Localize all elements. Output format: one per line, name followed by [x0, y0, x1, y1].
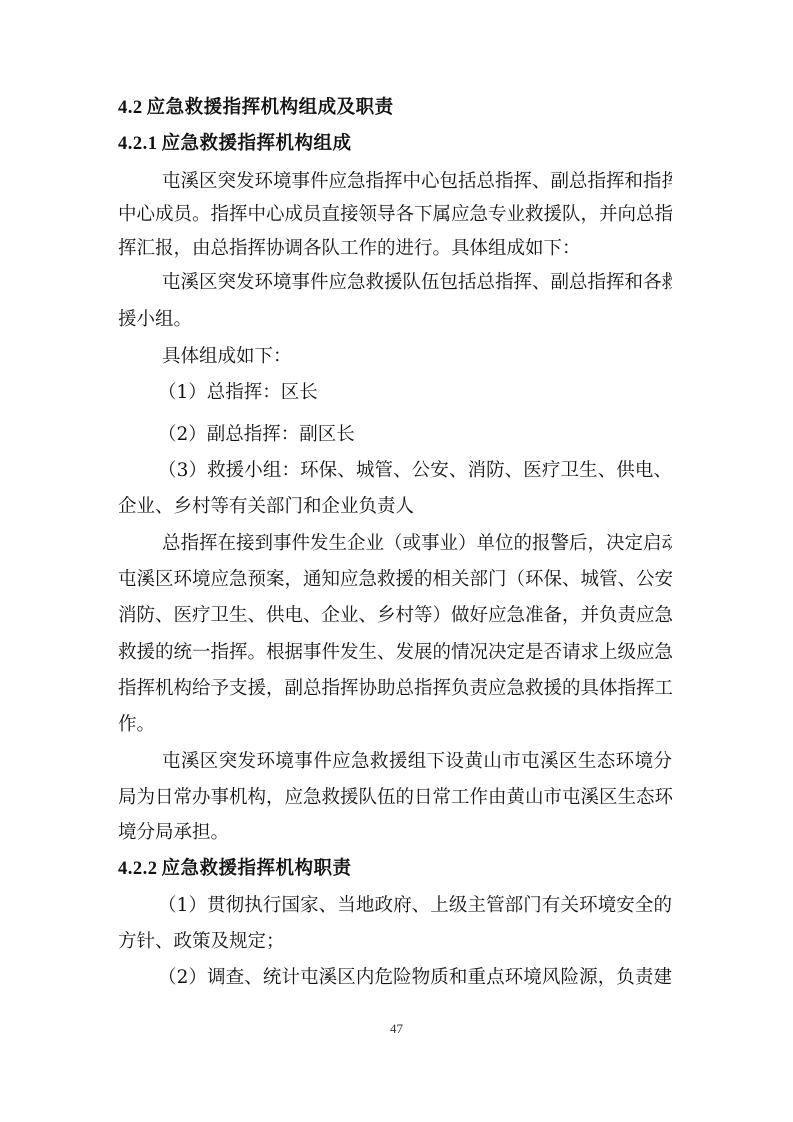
paragraph-line: 援小组。	[118, 305, 672, 335]
list-item-continuation: 企业、乡村等有关部门和企业负责人	[118, 492, 672, 522]
list-item-continuation: 方针、政策及规定；	[118, 927, 672, 957]
section-number: 4.2.1	[118, 134, 158, 154]
paragraph-line: 中心成员。指挥中心成员直接领导各下属应急专业救援队，并向总指	[118, 200, 672, 230]
paragraph-line: 屯溪区突发环境事件应急救援队伍包括总指挥、副总指挥和各救	[162, 268, 672, 298]
paragraph-line: 屯溪区环境应急预案，通知应急救援的相关部门（环保、城管、公安、	[118, 565, 672, 595]
paragraph-line: 救援的统一指挥。根据事件发生、发展的情况决定是否请求上级应急	[118, 638, 672, 668]
list-item: （1）总指挥：区长	[158, 378, 672, 408]
section-heading-4-2: 4.2应急救援指挥机构组成及职责	[118, 93, 394, 123]
list-item: （2）调查、统计屯溪区内危险物质和重点环境风险源，负责建	[158, 963, 672, 993]
paragraph-line: 屯溪区突发环境事件应急指挥中心包括总指挥、副总指挥和指挥	[162, 167, 672, 197]
section-title: 应急救援指挥机构组成及职责	[147, 97, 394, 118]
section-title: 应急救援指挥机构组成	[162, 133, 352, 154]
page-number: 47	[0, 1021, 793, 1037]
list-item: （2）副总指挥：副区长	[158, 420, 672, 450]
paragraph-line: 作。	[118, 710, 672, 740]
paragraph-line: 总指挥在接到事件发生企业（或事业）单位的报警后，决定启动	[162, 529, 672, 559]
section-number: 4.2	[118, 98, 143, 118]
section-heading-4-2-1: 4.2.1应急救援指挥机构组成	[118, 129, 352, 159]
section-heading-4-2-2: 4.2.2应急救援指挥机构职责	[118, 854, 352, 884]
paragraph-line: 局为日常办事机构，应急救援队伍的日常工作由黄山市屯溪区生态环	[118, 783, 672, 813]
section-title: 应急救援指挥机构职责	[162, 858, 352, 879]
paragraph-line: 境分局承担。	[118, 818, 672, 848]
paragraph-line: 指挥机构给予支援，副总指挥协助总指挥负责应急救援的具体指挥工	[118, 674, 672, 704]
paragraph-line: 消防、医疗卫生、供电、企业、乡村等）做好应急准备，并负责应急	[118, 601, 672, 631]
section-number: 4.2.2	[118, 859, 158, 879]
paragraph-line: 具体组成如下：	[162, 342, 672, 372]
document-page: 4.2应急救援指挥机构组成及职责 4.2.1应急救援指挥机构组成 屯溪区突发环境…	[0, 0, 793, 1122]
paragraph-line: 屯溪区突发环境事件应急救援组下设黄山市屯溪区生态环境分	[162, 747, 672, 777]
list-item: （3）救援小组：环保、城管、公安、消防、医疗卫生、供电、	[158, 456, 672, 486]
list-item: （1）贯彻执行国家、当地政府、上级主管部门有关环境安全的	[158, 891, 672, 921]
paragraph-line: 挥汇报，由总指挥协调各队工作的进行。具体组成如下：	[118, 234, 672, 264]
